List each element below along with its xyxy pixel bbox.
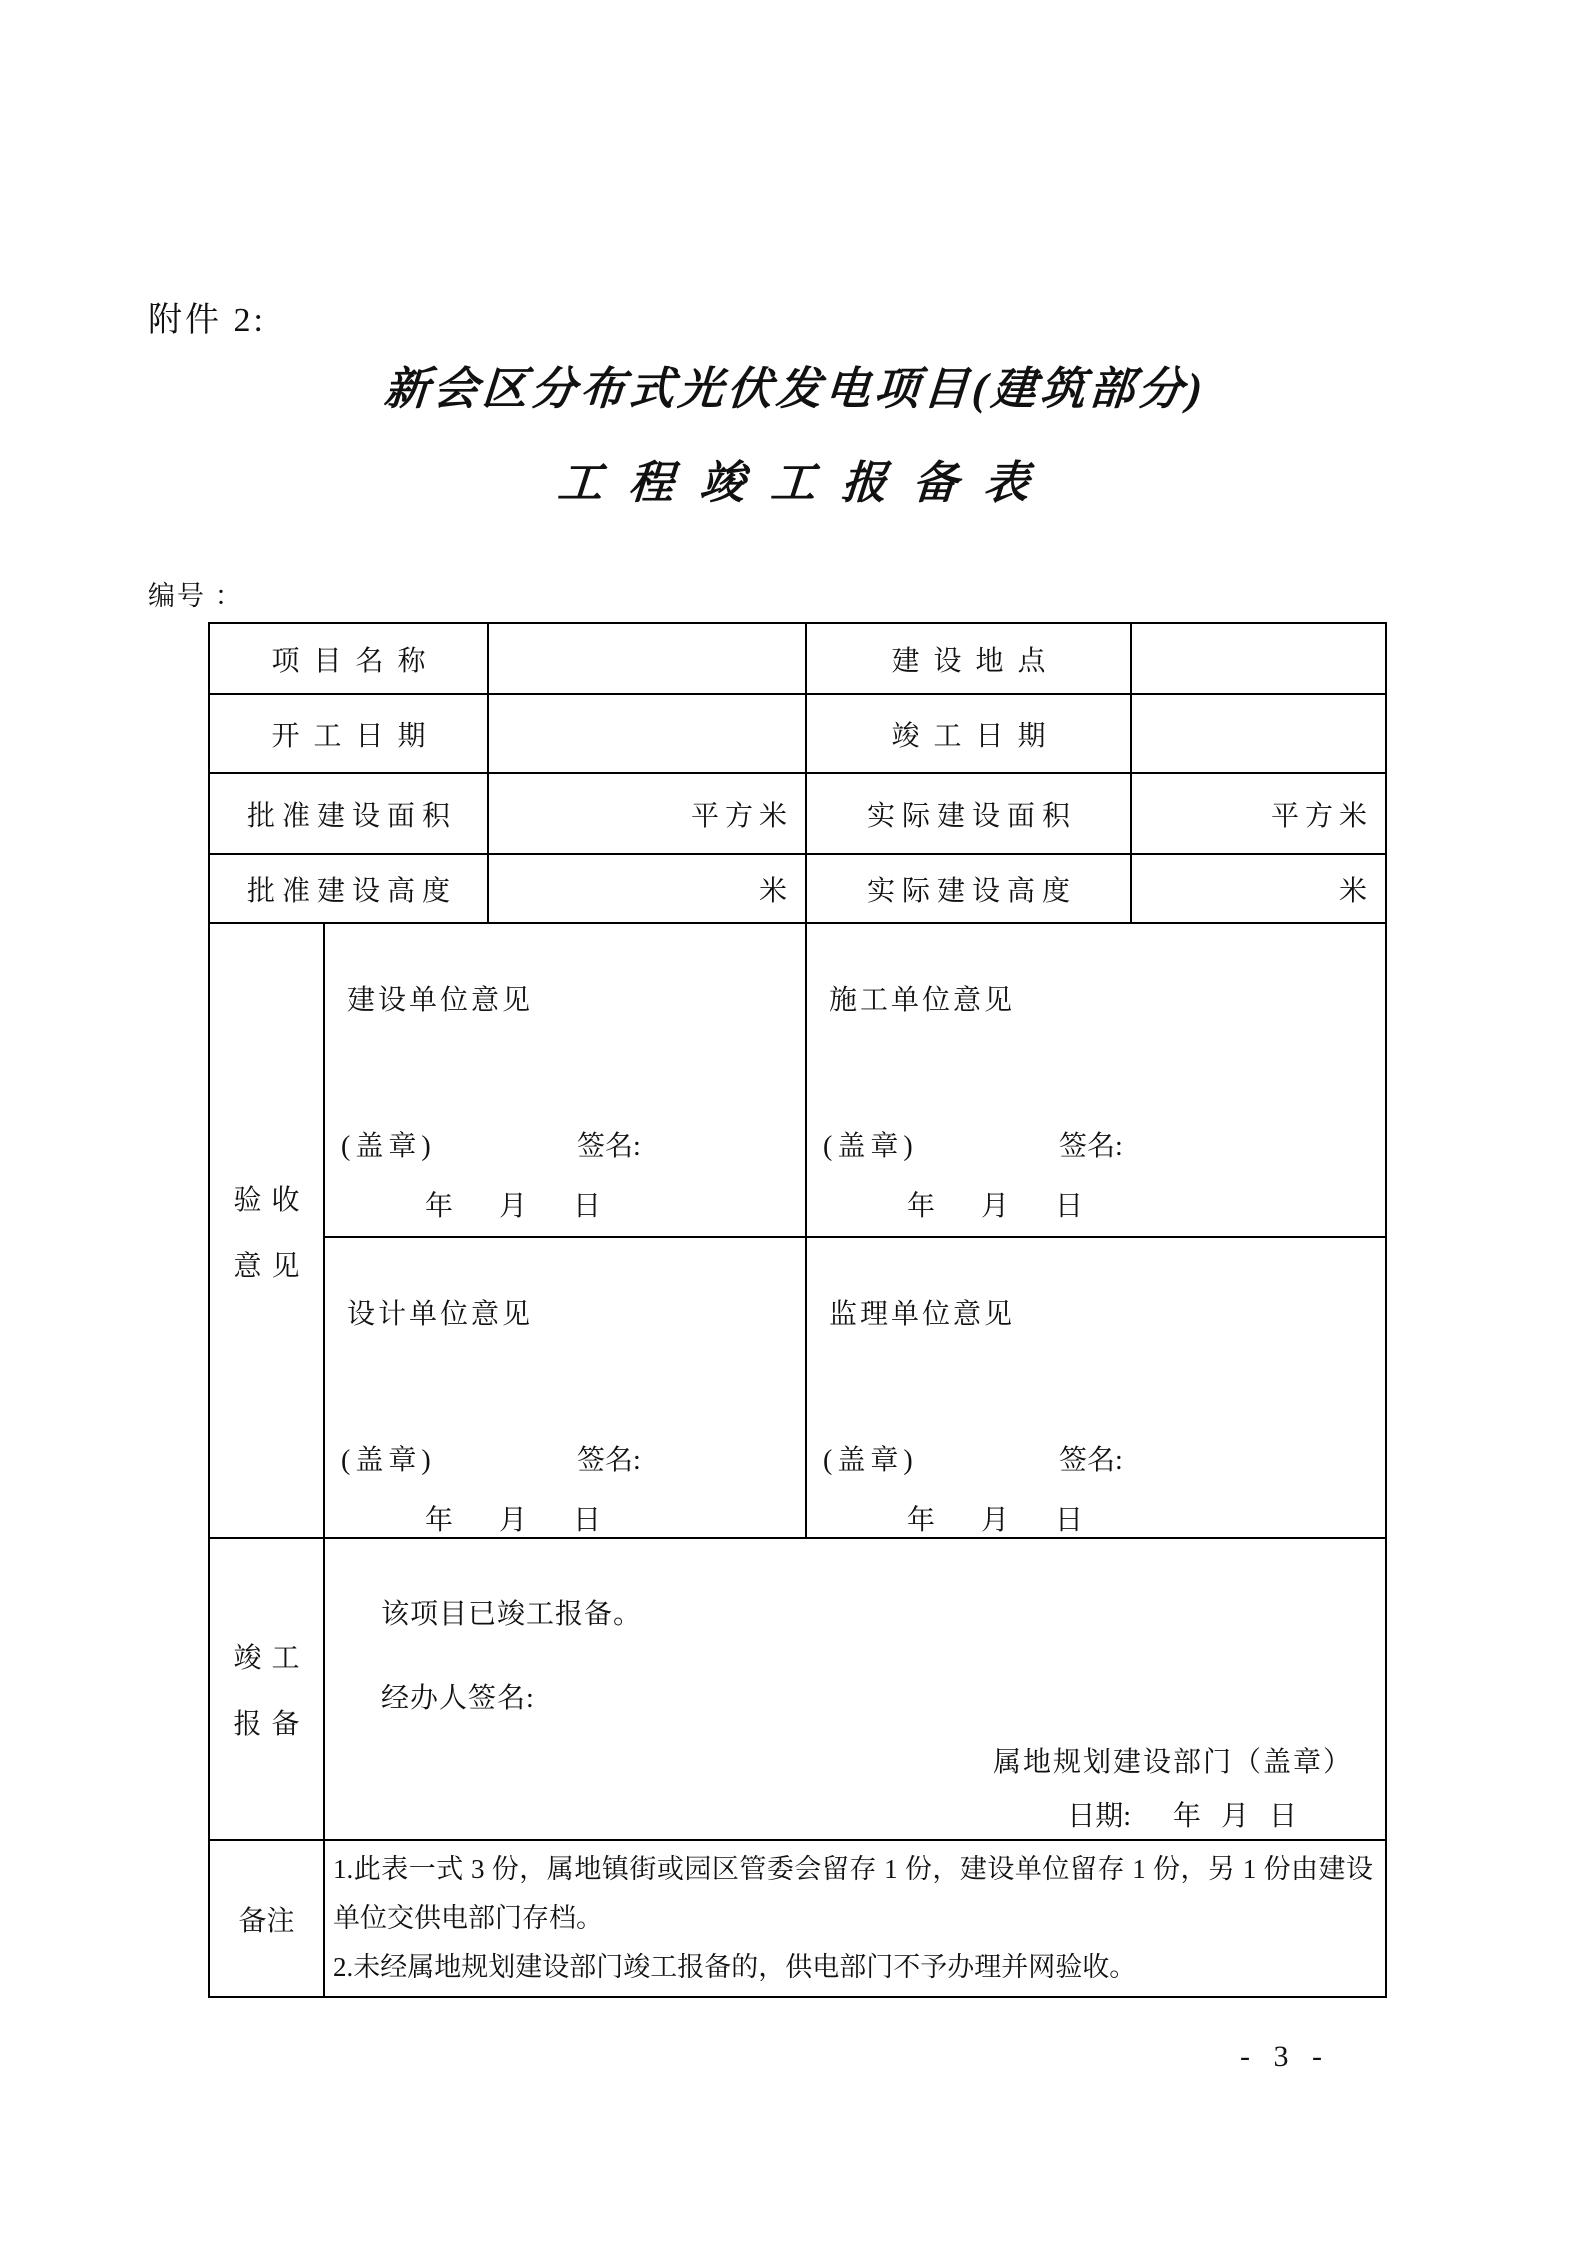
date-year-label: 年 <box>1173 1801 1201 1832</box>
date-day-label: 日 <box>573 1191 601 1222</box>
date-month-label: 月 <box>499 1191 527 1222</box>
filing-row-label-cell: 竣工 报备 <box>209 1538 324 1840</box>
project-name-value-cell <box>488 623 806 694</box>
date-month-label: 月 <box>499 1505 527 1536</box>
date-year-label: 年 <box>907 1191 935 1222</box>
date-month-label: 月 <box>981 1191 1009 1222</box>
notes-content-cell: 1.此表一式 3 份，属地镇街或园区管委会留存 1 份，建设单位留存 1 份，另… <box>324 1840 1386 1997</box>
opinion-construction-unit: 建设单位意见 (盖章)签名: 年月日 <box>325 926 805 1234</box>
approved-height-unit-cell: 米 <box>488 854 806 923</box>
signature-label: 签名: <box>1059 1131 1123 1162</box>
acceptance-row-label-cell: 验收 意见 <box>209 923 324 1538</box>
date-line: 年月日 <box>907 1184 1129 1224</box>
location-label: 建设地点 <box>892 646 1060 677</box>
location-value-cell <box>1131 623 1386 694</box>
date-year-label: 年 <box>907 1505 935 1536</box>
approved-area-label: 批准建设面积 <box>247 801 457 832</box>
actual-height-unit-cell: 米 <box>1131 854 1386 923</box>
approved-height-unit: 米 <box>759 876 793 907</box>
opinion-contractor-unit-cell: 施工单位意见 (盖章)签名: 年月日 <box>806 923 1386 1237</box>
start-date-label: 开工日期 <box>272 721 440 752</box>
page-number: - 3 - <box>1240 2040 1330 2074</box>
seal-signature-line: (盖章)签名: <box>341 1438 641 1478</box>
filing-statement: 该项目已竣工报备。 <box>381 1592 642 1632</box>
finish-date-value-cell <box>1131 694 1386 773</box>
actual-area-unit: 平方米 <box>1271 801 1373 832</box>
filing-content: 该项目已竣工报备。 经办人签名: 属地规划建设部门（盖章） 日期:年月日 <box>325 1540 1385 1838</box>
seal-label: (盖章) <box>341 1438 577 1478</box>
approved-area-unit-cell: 平方米 <box>488 773 806 854</box>
signature-label: 签名: <box>577 1131 641 1162</box>
serial-number-label: 编号 ： <box>148 574 244 613</box>
acceptance-label-line2: 意见 <box>233 1244 309 1284</box>
notes-line2: 2.未经属地规划建设部门竣工报备的，供电部门不予办理并网验收。 <box>333 1943 1373 1992</box>
seal-signature-line: (盖章)签名: <box>341 1124 641 1164</box>
acceptance-row-bottom: 设计单位意见 (盖章)签名: 年月日 监理单位意见 (盖章)签名: <box>209 1237 1386 1538</box>
actual-area-label-cell: 实际建设面积 <box>806 773 1131 854</box>
approved-height-label: 批准建设高度 <box>247 876 457 907</box>
finish-date-label: 竣工日期 <box>892 721 1060 752</box>
opinion-title: 监理单位意见 <box>829 1292 1015 1332</box>
date-line: 年月日 <box>907 1498 1129 1538</box>
document-page: 附件 2: 新会区分布式光伏发电项目(建筑部分) 工程竣工报备表 编号 ： 项目… <box>0 0 1587 2245</box>
seal-signature-line: (盖章)签名: <box>823 1124 1123 1164</box>
info-row-area: 批准建设面积 平方米 实际建设面积 平方米 <box>209 773 1386 854</box>
finish-date-label-cell: 竣工日期 <box>806 694 1131 773</box>
date-line: 年月日 <box>425 1184 647 1224</box>
date-year-label: 年 <box>425 1191 453 1222</box>
actual-height-label-cell: 实际建设高度 <box>806 854 1131 923</box>
date-month-label: 月 <box>1221 1801 1249 1832</box>
opinion-design-unit-cell: 设计单位意见 (盖章)签名: 年月日 <box>324 1237 806 1538</box>
filing-label-line1: 竣工 <box>233 1636 309 1676</box>
completion-filing-table: 项目名称 建设地点 开工日期 竣工日期 批准建设面积 平方米 实际建设面积 平方… <box>208 622 1387 1998</box>
info-row-height: 批准建设高度 米 实际建设高度 米 <box>209 854 1386 923</box>
document-title-line1: 新会区分布式光伏发电项目(建筑部分) <box>0 352 1587 417</box>
actual-area-label: 实际建设面积 <box>867 801 1077 832</box>
opinion-design-unit: 设计单位意见 (盖章)签名: 年月日 <box>325 1240 805 1535</box>
acceptance-row-top: 验收 意见 建设单位意见 (盖章)签名: 年月日 施工单位意见 <box>209 923 1386 1237</box>
filing-row-label: 竣工 报备 <box>210 1636 323 1742</box>
date-line: 年月日 <box>425 1498 647 1538</box>
acceptance-label-line1: 验收 <box>233 1178 309 1218</box>
seal-signature-line: (盖章)签名: <box>823 1438 1123 1478</box>
notes-row: 备注 1.此表一式 3 份，属地镇街或园区管委会留存 1 份，建设单位留存 1 … <box>209 1840 1386 1997</box>
actual-height-unit: 米 <box>1339 876 1373 907</box>
info-row-project: 项目名称 建设地点 <box>209 623 1386 694</box>
opinion-construction-unit-cell: 建设单位意见 (盖章)签名: 年月日 <box>324 923 806 1237</box>
opinion-title: 施工单位意见 <box>829 978 1015 1018</box>
opinion-supervision-unit: 监理单位意见 (盖章)签名: 年月日 <box>807 1240 1385 1535</box>
project-name-label: 项目名称 <box>272 646 440 677</box>
document-title-line1-text: 新会区分布式光伏发电项目(建筑部分) <box>382 364 1207 414</box>
opinion-title: 设计单位意见 <box>347 1292 533 1332</box>
date-year-label: 年 <box>425 1505 453 1536</box>
date-month-label: 月 <box>981 1505 1009 1536</box>
actual-height-label: 实际建设高度 <box>867 876 1077 907</box>
opinion-title: 建设单位意见 <box>347 978 533 1018</box>
signature-label: 签名: <box>1059 1445 1123 1476</box>
actual-area-unit-cell: 平方米 <box>1131 773 1386 854</box>
filing-date-line: 日期:年月日 <box>1067 1794 1297 1834</box>
date-label: 日期: <box>1067 1801 1131 1832</box>
document-title-line2: 工程竣工报备表 <box>0 446 1587 511</box>
date-day-label: 日 <box>1055 1505 1083 1536</box>
location-label-cell: 建设地点 <box>806 623 1131 694</box>
date-day-label: 日 <box>1269 1801 1297 1832</box>
document-title-line2-text: 工程竣工报备表 <box>556 458 1057 508</box>
project-name-label-cell: 项目名称 <box>209 623 488 694</box>
seal-label: (盖章) <box>823 1124 1059 1164</box>
start-date-label-cell: 开工日期 <box>209 694 488 773</box>
start-date-value-cell <box>488 694 806 773</box>
approved-height-label-cell: 批准建设高度 <box>209 854 488 923</box>
attachment-label: 附件 2: <box>148 292 266 341</box>
acceptance-row-label: 验收 意见 <box>210 1178 323 1284</box>
signature-label: 签名: <box>577 1445 641 1476</box>
opinion-contractor-unit: 施工单位意见 (盖章)签名: 年月日 <box>807 926 1385 1234</box>
notes-row-label-cell: 备注 <box>209 1840 324 1997</box>
approved-area-label-cell: 批准建设面积 <box>209 773 488 854</box>
notes-row-label: 备注 <box>238 1906 294 1937</box>
seal-label: (盖章) <box>823 1438 1059 1478</box>
date-day-label: 日 <box>573 1505 601 1536</box>
handler-signature-label: 经办人签名: <box>381 1676 535 1716</box>
date-day-label: 日 <box>1055 1191 1083 1222</box>
authority-seal-label: 属地规划建设部门（盖章） <box>993 1740 1353 1780</box>
filing-label-line2: 报备 <box>233 1702 309 1742</box>
info-row-dates: 开工日期 竣工日期 <box>209 694 1386 773</box>
approved-area-unit: 平方米 <box>691 801 793 832</box>
opinion-supervision-unit-cell: 监理单位意见 (盖章)签名: 年月日 <box>806 1237 1386 1538</box>
filing-row: 竣工 报备 该项目已竣工报备。 经办人签名: 属地规划建设部门（盖章） 日期:年… <box>209 1538 1386 1840</box>
seal-label: (盖章) <box>341 1124 577 1164</box>
notes-line1: 1.此表一式 3 份，属地镇街或园区管委会留存 1 份，建设单位留存 1 份，另… <box>333 1845 1373 1943</box>
filing-content-cell: 该项目已竣工报备。 经办人签名: 属地规划建设部门（盖章） 日期:年月日 <box>324 1538 1386 1840</box>
